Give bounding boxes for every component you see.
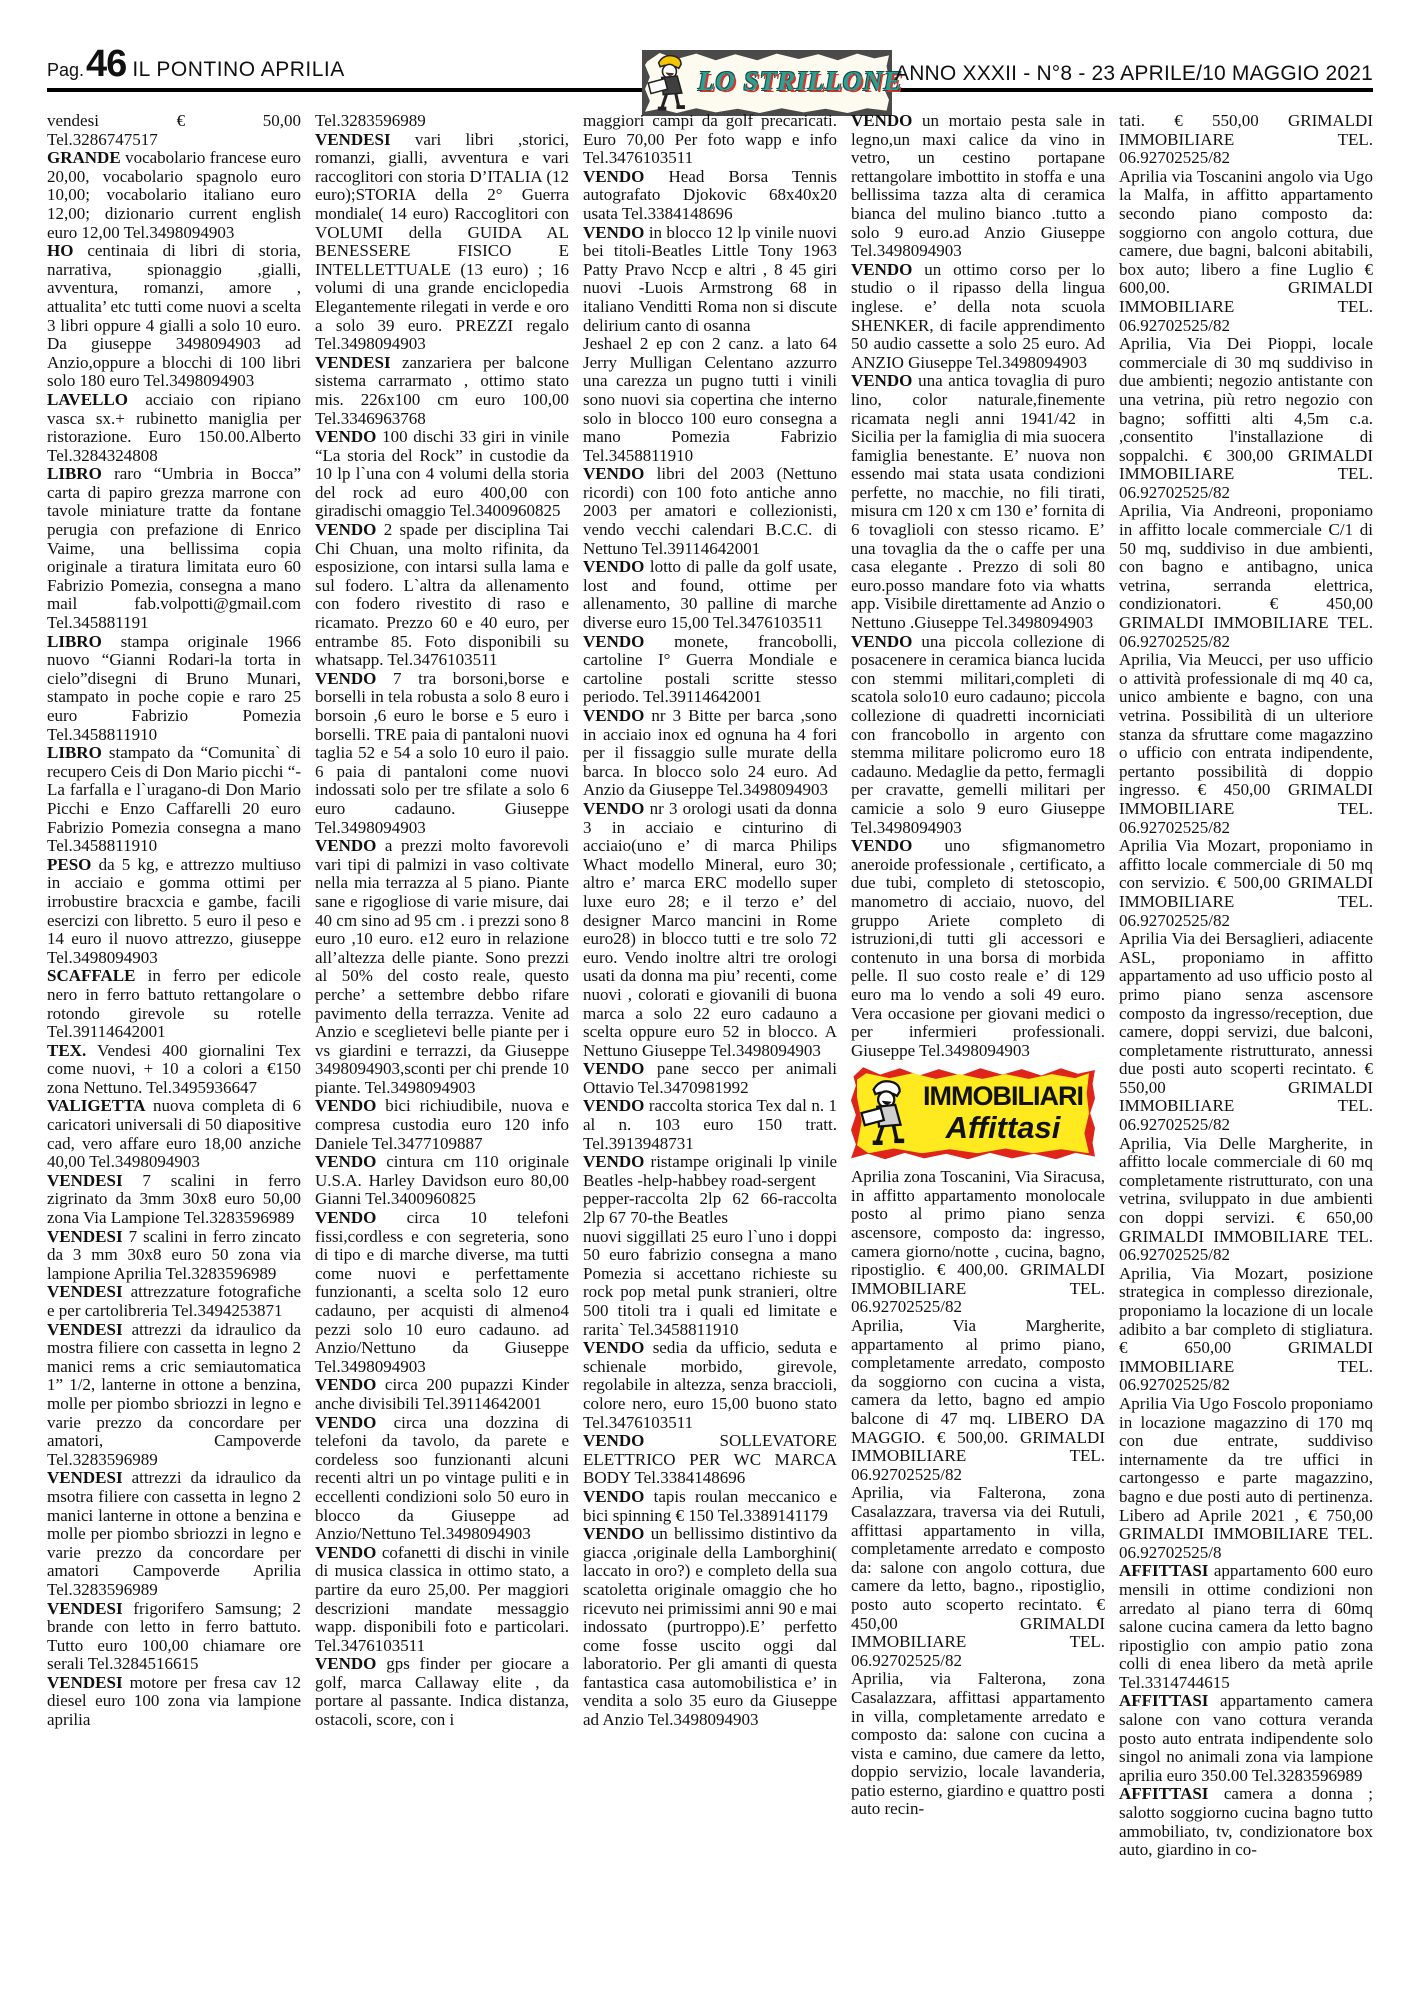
ad-lead-word: VENDO — [583, 799, 644, 818]
classified-ad: VENDO raccolta storica Tex dal n. 1 al n… — [583, 1097, 837, 1153]
classified-ad: VALIGETTA nuova completa di 6 caricatori… — [47, 1097, 301, 1171]
ad-lead-word: VENDO — [851, 632, 912, 651]
ad-lead-word: LIBRO — [47, 743, 102, 762]
classified-ad: VENDO un bellissimo distintivo da giacca… — [583, 1525, 837, 1730]
ad-lead-word: VENDO — [583, 557, 644, 576]
ad-lead-word: VENDO — [583, 1431, 644, 1450]
classified-ad: VENDESI 7 scalini in ferro zigrinato da … — [47, 1172, 301, 1228]
ad-lead-word: VENDO — [315, 1096, 376, 1115]
classified-ad: VENDESI motore per fresa cav 12 diesel e… — [47, 1674, 301, 1730]
ad-lead-word: VENDO — [315, 427, 376, 446]
classified-ad: VENDO un ottimo corso per lo studio o il… — [851, 261, 1105, 373]
column-3: maggiori campi da golf precaricati. Euro… — [583, 112, 837, 1996]
ad-lead-word: AFFITTASI — [1119, 1561, 1208, 1580]
ad-lead-word: LAVELLO — [47, 390, 128, 409]
ad-lead-word: VENDESI — [47, 1599, 123, 1618]
ad-lead-word: VENDO — [583, 1338, 644, 1357]
page-info: Pag. 46 IL PONTINO APRILIA — [47, 43, 345, 86]
ad-lead-word: VENDO — [315, 836, 376, 855]
column-1: vendesi € 50,00 Tel.3286747517GRANDE voc… — [47, 112, 301, 1996]
classified-ad: VENDO 2 spade per disciplina Tai Chi Chu… — [315, 521, 569, 670]
classified-ad: VENDO cintura cm 110 originale U.S.A. Ha… — [315, 1153, 569, 1209]
classified-ad: Aprilia, Via Andreoni, proponiamo in aff… — [1119, 502, 1373, 651]
column-5: tati. € 550,00 GRIMALDI IMMOBILIARE TEL.… — [1119, 112, 1373, 1996]
ad-lead-word: TEX. — [47, 1041, 86, 1060]
ad-lead-word: VENDO — [315, 1543, 376, 1562]
masthead: Pag. 46 IL PONTINO APRILIA LO STRILLONE … — [47, 0, 1373, 114]
ad-lead-word: VENDESI — [47, 1468, 123, 1487]
classified-ad: VENDESI zanzariera per balcone sistema c… — [315, 354, 569, 428]
classified-ad: VENDO circa 200 pupazzi Kinder anche div… — [315, 1376, 569, 1413]
ad-lead-word: VENDO — [315, 1152, 376, 1171]
column-4: VENDO un mortaio pesta sale in legno,un … — [851, 112, 1105, 1996]
ad-lead-word: AFFITTASI — [1119, 1691, 1208, 1710]
classified-ad: Aprilia, Via Delle Margherite, in affitt… — [1119, 1135, 1373, 1265]
ad-lead-word: VENDO — [583, 1096, 644, 1115]
ad-lead-word: VENDO — [315, 1654, 376, 1673]
classified-ad: VENDO libri del 2003 (Nettuno ricordi) c… — [583, 465, 837, 558]
classified-ad: VENDO uno sfigmanometro aneroide profess… — [851, 837, 1105, 1060]
ad-lead-word: GRANDE — [47, 148, 121, 167]
ad-lead-word: LIBRO — [47, 464, 102, 483]
lo-strillone-logo: LO STRILLONE — [642, 50, 892, 116]
classified-ad: VENDO circa 10 telefoni fissi,cordless e… — [315, 1209, 569, 1376]
classified-ad: Aprilia, Via Mozart, posizione strategic… — [1119, 1265, 1373, 1395]
classified-ad: VENDO a prezzi molto favorevoli vari tip… — [315, 837, 569, 1097]
ad-lead-word: VENDO — [315, 669, 376, 688]
classified-ad: VENDO ristampe originali lp vinile Beatl… — [583, 1153, 837, 1190]
classified-ad: VENDO SOLLEVATORE ELETTRICO PER WC MARCA… — [583, 1432, 837, 1488]
classified-ad: VENDO un mortaio pesta sale in legno,un … — [851, 112, 1105, 261]
ad-lead-word: VENDO — [315, 1413, 376, 1432]
classified-ad: vendesi € 50,00 Tel.3286747517 — [47, 112, 301, 149]
classified-ad: VENDESI 7 scalini in ferro zincato da 3 … — [47, 1228, 301, 1284]
column-2: Tel.3283596989VENDESI vari libri ,storic… — [315, 112, 569, 1996]
classified-ad: Aprilia, via Falterona, zona Casalazzara… — [851, 1670, 1105, 1819]
ad-lead-word: VENDO — [851, 371, 912, 390]
ad-lead-word: PESO — [47, 855, 91, 874]
classified-ad: VENDO Head Borsa Tennis autografato Djok… — [583, 168, 837, 224]
classified-ad: Tel.3283596989 — [315, 112, 569, 131]
logo-title: LO STRILLONE — [698, 66, 903, 97]
ad-lead-word: VENDESI — [315, 353, 391, 372]
classified-ad: VENDO nr 3 orologi usati da donna 3 in a… — [583, 800, 837, 1060]
classified-ad: VENDO tapis roulan meccanico e bici spin… — [583, 1488, 837, 1525]
classified-ad: SCAFFALE in ferro per edicole nero in fe… — [47, 967, 301, 1041]
classifieds-columns: vendesi € 50,00 Tel.3286747517GRANDE voc… — [47, 112, 1373, 1996]
classified-ad: VENDO gps finder per giocare a golf, mar… — [315, 1655, 569, 1729]
classified-ad: VENDO pane secco per animali Ottavio Tel… — [583, 1060, 837, 1097]
ad-lead-word: VENDO — [851, 260, 912, 279]
classified-ad: Aprilia zona Toscanini, Via Siracusa, in… — [851, 1168, 1105, 1317]
ad-lead-word: LIBRO — [47, 632, 102, 651]
classified-ad: VENDESI vari libri ,storici, romanzi, gi… — [315, 131, 569, 354]
classified-ad: AFFITTASI appartamento 600 euro mensili … — [1119, 1562, 1373, 1692]
ad-lead-word: VENDESI — [47, 1227, 123, 1246]
classified-ad: VENDESI frigorifero Samsung; 2 brande co… — [47, 1600, 301, 1674]
classified-ad: GRANDE vocabolario francese euro 20,00, … — [47, 149, 301, 242]
classified-ad: VENDESI attrezzature fotografiche e per … — [47, 1283, 301, 1320]
badge-subtitle: Affittasi — [946, 1112, 1061, 1143]
classified-ad: Aprilia, Via Margherite, appartamento al… — [851, 1317, 1105, 1484]
classified-ad: Aprilia, via Falterona, zona Casalazzara… — [851, 1484, 1105, 1670]
classified-ad: Aprilia Via Ugo Foscolo proponiamo in lo… — [1119, 1395, 1373, 1562]
ad-lead-word: VENDESI — [47, 1673, 123, 1692]
ad-lead-word: AFFITTASI — [1119, 1784, 1208, 1803]
ad-lead-word: VENDO — [583, 632, 644, 651]
newsboy-icon — [646, 52, 696, 114]
classified-ad: LIBRO stampa originale 1966 nuovo “Giann… — [47, 633, 301, 745]
column-4-top: VENDO un mortaio pesta sale in legno,un … — [851, 112, 1105, 1060]
classified-ad: Aprilia Via dei Bersaglieri, adiacente A… — [1119, 930, 1373, 1135]
classified-ad: LIBRO raro “Umbria in Bocca” carta di pa… — [47, 465, 301, 632]
ad-lead-word: VENDO — [583, 1524, 644, 1543]
newspaper-page: Pag. 46 IL PONTINO APRILIA LO STRILLONE … — [0, 0, 1420, 2000]
classified-ad: TEX. Vendesi 400 giornalini Tex come nuo… — [47, 1042, 301, 1098]
ad-lead-word: VENDO — [315, 1375, 376, 1394]
ad-lead-word: VALIGETTA — [47, 1096, 146, 1115]
ad-lead-word: SCAFFALE — [47, 966, 135, 985]
ad-lead-word: HO — [47, 241, 73, 260]
page-label: Pag. — [47, 60, 84, 81]
ad-lead-word: VENDO — [851, 836, 912, 855]
page-number: 46 — [86, 43, 126, 86]
classified-ad: VENDO cofanetti di dischi in vinile di m… — [315, 1544, 569, 1656]
ad-lead-word: VENDO — [583, 706, 644, 725]
classified-ad: VENDO circa una dozzina di telefoni da t… — [315, 1414, 569, 1544]
classified-ad: VENDO in blocco 12 lp vinile nuovi bei t… — [583, 224, 837, 336]
classified-ad: VENDO una piccola collezione di posacene… — [851, 633, 1105, 838]
classified-ad: VENDO bici richiudibile, nuova e compres… — [315, 1097, 569, 1153]
publication-name: IL PONTINO APRILIA — [132, 58, 344, 82]
classified-ad: HO centinaia di libri di storia, narrati… — [47, 242, 301, 391]
newsboy-icon — [859, 1077, 917, 1149]
classified-ad: Aprilia via Toscanini angolo via Ugo la … — [1119, 168, 1373, 335]
classified-ad: Aprilia Via Mozart, proponiamo in affitt… — [1119, 837, 1373, 930]
classified-ad: VENDO sedia da ufficio, seduta e schiena… — [583, 1339, 837, 1432]
classified-ad: LAVELLO acciaio con ripiano vasca sx.+ r… — [47, 391, 301, 465]
ad-lead-word: VENDESI — [315, 130, 391, 149]
immobiliari-affittasi-badge: IMMOBILIARI Affittasi — [851, 1067, 1095, 1159]
classified-ad: VENDO nr 3 Bitte per barca ,sono in acci… — [583, 707, 837, 800]
classified-ad: VENDESI attrezzi da idraulico da msotra … — [47, 1469, 301, 1599]
ad-lead-word: VENDO — [583, 1152, 644, 1171]
ad-lead-word: VENDO — [315, 1208, 376, 1227]
ad-lead-word: VENDO — [315, 520, 376, 539]
ad-lead-word: VENDO — [583, 223, 644, 242]
classified-ad: VENDO 7 tra borsoni,borse e borselli in … — [315, 670, 569, 837]
ad-lead-word: VENDO — [851, 112, 912, 130]
ad-lead-word: VENDO — [583, 1059, 644, 1078]
classified-ad: AFFITTASI appartamento camera salone con… — [1119, 1692, 1373, 1785]
classified-ad: Aprilia, Via Meucci, per uso ufficio o a… — [1119, 651, 1373, 837]
classified-ad: VENDO lotto di palle da golf usate, lost… — [583, 558, 837, 632]
classified-ad: Jeshael 2 ep con 2 canz. a lato 64 Jerry… — [583, 335, 837, 465]
column-4-bottom: Aprilia zona Toscanini, Via Siracusa, in… — [851, 1168, 1105, 1819]
classified-ad: VENDO una antica tovaglia di puro lino, … — [851, 372, 1105, 632]
ad-lead-word: VENDO — [583, 167, 644, 186]
classified-ad: PESO da 5 kg, e attrezzo multiuso in acc… — [47, 856, 301, 968]
classified-ad: nuovi siggillati 25 euro l`uno i doppi 5… — [583, 1228, 837, 1340]
classified-ad: VENDESI attrezzi da idraulico da mostra … — [47, 1321, 301, 1470]
ad-lead-word: VENDESI — [47, 1320, 123, 1339]
classified-ad: tati. € 550,00 GRIMALDI IMMOBILIARE TEL.… — [1119, 112, 1373, 168]
classified-ad: VENDO 100 dischi 33 giri in vinile “La s… — [315, 428, 569, 521]
ad-lead-word: VENDESI — [47, 1171, 123, 1190]
classified-ad: Aprilia, Via Dei Pioppi, locale commerci… — [1119, 335, 1373, 502]
issue-info: ANNO XXXII - N°8 - 23 APRILE/10 MAGGIO 2… — [895, 62, 1373, 86]
ad-lead-word: VENDO — [583, 1487, 644, 1506]
badge-title: IMMOBILIARI — [923, 1083, 1083, 1110]
classified-ad: LIBRO stampato da “Comunita` di recupero… — [47, 744, 301, 856]
classified-ad: AFFITTASI camera a donna ; salotto soggi… — [1119, 1785, 1373, 1859]
classified-ad: maggiori campi da golf precaricati. Euro… — [583, 112, 837, 168]
classified-ad: VENDO monete, francobolli, cartoline I° … — [583, 633, 837, 707]
ad-lead-word: VENDO — [583, 464, 644, 483]
ad-lead-word: VENDESI — [47, 1282, 123, 1301]
classified-ad: pepper-raccolta 2lp 62 66-raccolta 2lp 6… — [583, 1190, 837, 1227]
